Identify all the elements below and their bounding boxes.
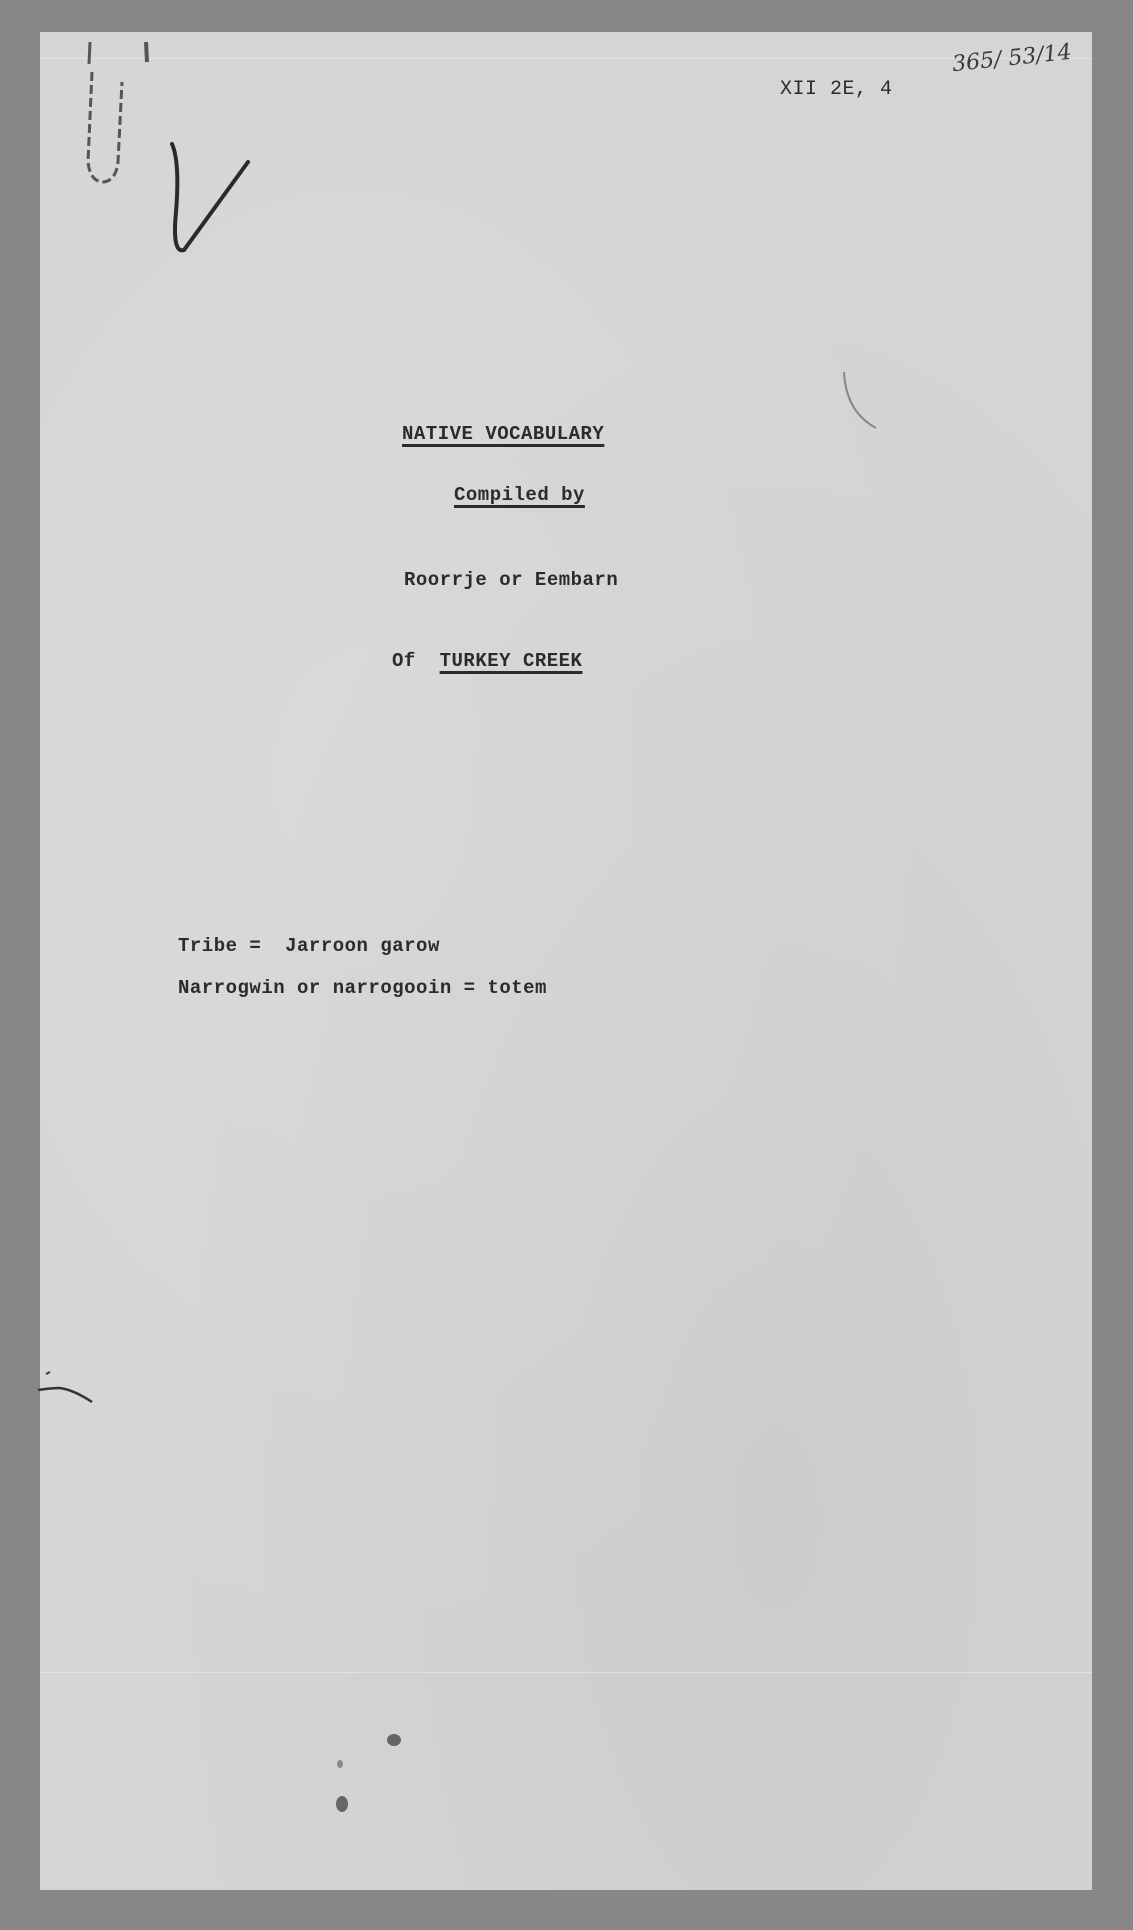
fold-line: [40, 58, 1092, 59]
compiler-name: Roorrje or Eembarn: [404, 569, 618, 591]
margin-pen-stroke: [38, 1372, 108, 1412]
staple-mark-icon: [60, 42, 140, 202]
document-title: NATIVE VOCABULARY: [402, 423, 604, 445]
document-page: 365/ 53/14 XII 2E, 4 NATIVE VOCABULARY C…: [40, 32, 1092, 1890]
location-line: Of TURKEY CREEK: [392, 650, 582, 672]
ink-smudge: [320, 1692, 420, 1812]
entry-tribe: Tribe = Jarroon garow: [178, 935, 440, 957]
location-name: TURKEY CREEK: [440, 650, 583, 672]
file-reference: XII 2E, 4: [780, 78, 893, 101]
compiled-by-label: Compiled by: [454, 484, 585, 506]
location-prefix: Of: [392, 650, 416, 672]
handwritten-reference: 365/ 53/14: [951, 40, 1073, 77]
check-mark-icon: [150, 132, 290, 282]
fold-line: [40, 1672, 1092, 1673]
pencil-arc-mark: [820, 332, 900, 432]
entry-totem: Narrogwin or narrogooin = totem: [178, 977, 547, 999]
